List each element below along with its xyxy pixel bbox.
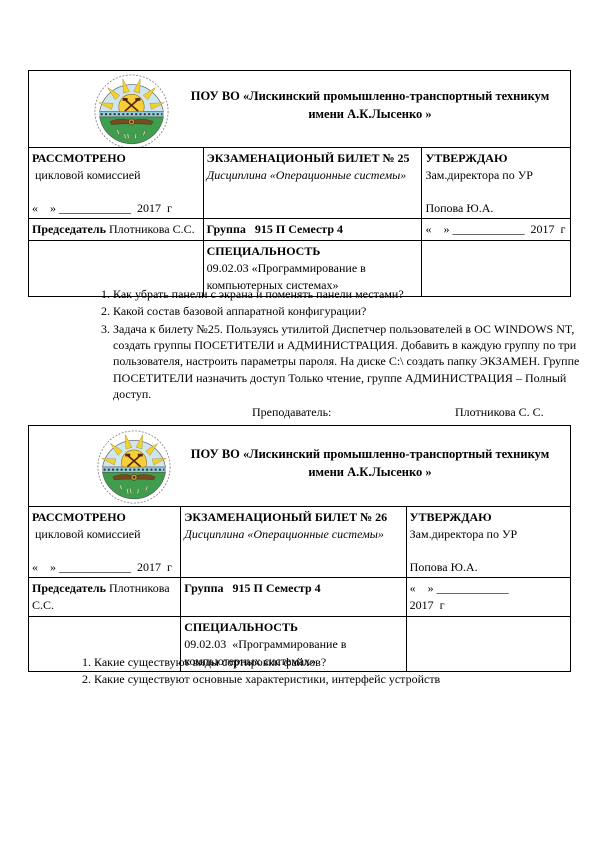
approve-cell: УТВЕРЖДАЮ Зам.директора по УР Попова Ю.А… xyxy=(422,148,571,219)
reviewed-subtitle: цикловой комиссией xyxy=(32,526,176,543)
discipline-line: Дисциплина «Операционные системы» xyxy=(184,526,401,543)
teacher-label: Преподаватель: xyxy=(252,404,331,421)
exam-ticket-26: Л П Т Т ПОУ ВО «Лискинский промышленно-т… xyxy=(28,425,571,672)
question-item: Задача к билету №25. Пользуясь утилитой … xyxy=(113,321,587,403)
org-header-cell: Л П Т Т ПОУ ВО «Лискинский промышленно-т… xyxy=(29,71,571,148)
billet-title-cell: ЭКЗАМЕНАЦИОНЫЙ БИЛЕТ № 26 Дисциплина «Оп… xyxy=(181,507,406,578)
org-header-cell: Л П Т Т ПОУ ВО «Лискинский промышленно-т… xyxy=(29,426,571,507)
billet-title: ЭКЗАМЕНАЦИОНЫЙ БИЛЕТ № 25 xyxy=(207,150,418,167)
chairman-cell: Председатель Плотникова С.С. xyxy=(29,578,181,617)
approve-subtitle: Зам.директора по УР xyxy=(425,167,566,184)
group-cell: Группа 915 П Семестр 4 xyxy=(181,578,406,617)
exam-ticket-25: Л П Т Т ПОУ ВО «Лискинский промышленно-т… xyxy=(28,70,571,297)
reviewed-cell: РАССМОТРЕНО цикловой комиссией « » _____… xyxy=(29,148,204,219)
approve-title: УТВЕРЖДАЮ xyxy=(425,150,566,167)
approve-date-line: « » ____________ 2017 г xyxy=(425,222,565,236)
spacer xyxy=(410,543,566,559)
question-item: Какие существуют виды сортировки файлов? xyxy=(94,654,592,670)
winged-wheel-icon xyxy=(113,474,156,480)
chairman-name: Плотникова С.С. xyxy=(106,222,195,236)
approve-date-line2: 2017 г xyxy=(410,597,566,614)
reviewed-date-line: « » ____________ 2017 г xyxy=(32,559,176,576)
org-name-line1: ПОУ ВО «Лискинский промышленно-транспорт… xyxy=(174,87,566,105)
group-cell: Группа 915 П Семестр 4 xyxy=(203,219,422,241)
chairman-name: Плотникова xyxy=(106,581,170,595)
approve-title: УТВЕРЖДАЮ xyxy=(410,509,566,526)
org-name-line1: ПОУ ВО «Лискинский промышленно-транспорт… xyxy=(174,445,566,463)
question-item: Какой состав базовой аппаратной конфигур… xyxy=(113,303,587,319)
spacer xyxy=(32,543,176,559)
chairman-label: Председатель xyxy=(32,581,106,595)
specialty-title: СПЕЦИАЛЬНОСТЬ xyxy=(207,243,418,260)
approve-cell: УТВЕРЖДАЮ Зам.директора по УР Попова Ю.А… xyxy=(406,507,570,578)
question-item: Как убрать панели с экрана и поменять па… xyxy=(113,286,587,302)
approve-date-cell: « » ____________ 2017 г xyxy=(406,578,570,617)
approve-name: Попова Ю.А. xyxy=(410,559,566,576)
question-item: Какие существуют основные характеристики… xyxy=(94,671,592,687)
org-name-line2: имени А.К.Лысенко » xyxy=(174,105,566,123)
ticket-25-questions: Как убрать панели с экрана и поменять па… xyxy=(89,286,587,403)
chairman-label: Председатель xyxy=(32,222,106,236)
chairman-name-line2: С.С. xyxy=(32,597,176,614)
billet-title-cell: ЭКЗАМЕНАЦИОНЫЙ БИЛЕТ № 25 Дисциплина «Оп… xyxy=(203,148,422,219)
group-line: Группа 915 П Семестр 4 xyxy=(184,581,320,595)
reviewed-title: РАССМОТРЕНО xyxy=(32,150,199,167)
reviewed-title: РАССМОТРЕНО xyxy=(32,509,176,526)
approve-date-cell: « » ____________ 2017 г xyxy=(422,219,571,241)
group-line: Группа 915 П Семестр 4 xyxy=(207,222,343,236)
spacer xyxy=(425,184,566,200)
reviewed-cell: РАССМОТРЕНО цикловой комиссией « » _____… xyxy=(29,507,181,578)
chairman-cell: Председатель Плотникова С.С. xyxy=(29,219,204,241)
org-name: ПОУ ВО «Лискинский промышленно-транспорт… xyxy=(174,73,566,123)
org-name-line2: имени А.К.Лысенко » xyxy=(174,463,566,481)
reviewed-date-line: « » ____________ 2017 г xyxy=(32,200,199,217)
reviewed-subtitle: цикловой комиссией xyxy=(32,167,199,184)
org-name: ПОУ ВО «Лискинский промышленно-транспорт… xyxy=(174,428,566,481)
teacher-name: Плотникова С. С. xyxy=(455,404,544,421)
approve-name: Попова Ю.А. xyxy=(425,200,566,217)
teacher-signature-line: Преподаватель: Плотникова С. С. xyxy=(0,404,595,421)
discipline-line: Дисциплина «Операционные системы» xyxy=(207,167,418,184)
approve-date-line1: « » ____________ xyxy=(410,580,566,597)
college-emblem-logo: Л П Т Т xyxy=(96,429,172,505)
approve-subtitle: Зам.директора по УР xyxy=(410,526,566,543)
document-page: Л П Т Т ПОУ ВО «Лискинский промышленно-т… xyxy=(0,0,595,842)
college-emblem-logo: Л П Т Т xyxy=(93,73,170,148)
spacer xyxy=(32,184,199,200)
billet-title: ЭКЗАМЕНАЦИОНЫЙ БИЛЕТ № 26 xyxy=(184,509,401,526)
ticket-26-questions: Какие существуют виды сортировки файлов?… xyxy=(70,654,592,689)
specialty-title: СПЕЦИАЛЬНОСТЬ xyxy=(184,619,401,636)
winged-wheel-icon xyxy=(110,119,153,125)
